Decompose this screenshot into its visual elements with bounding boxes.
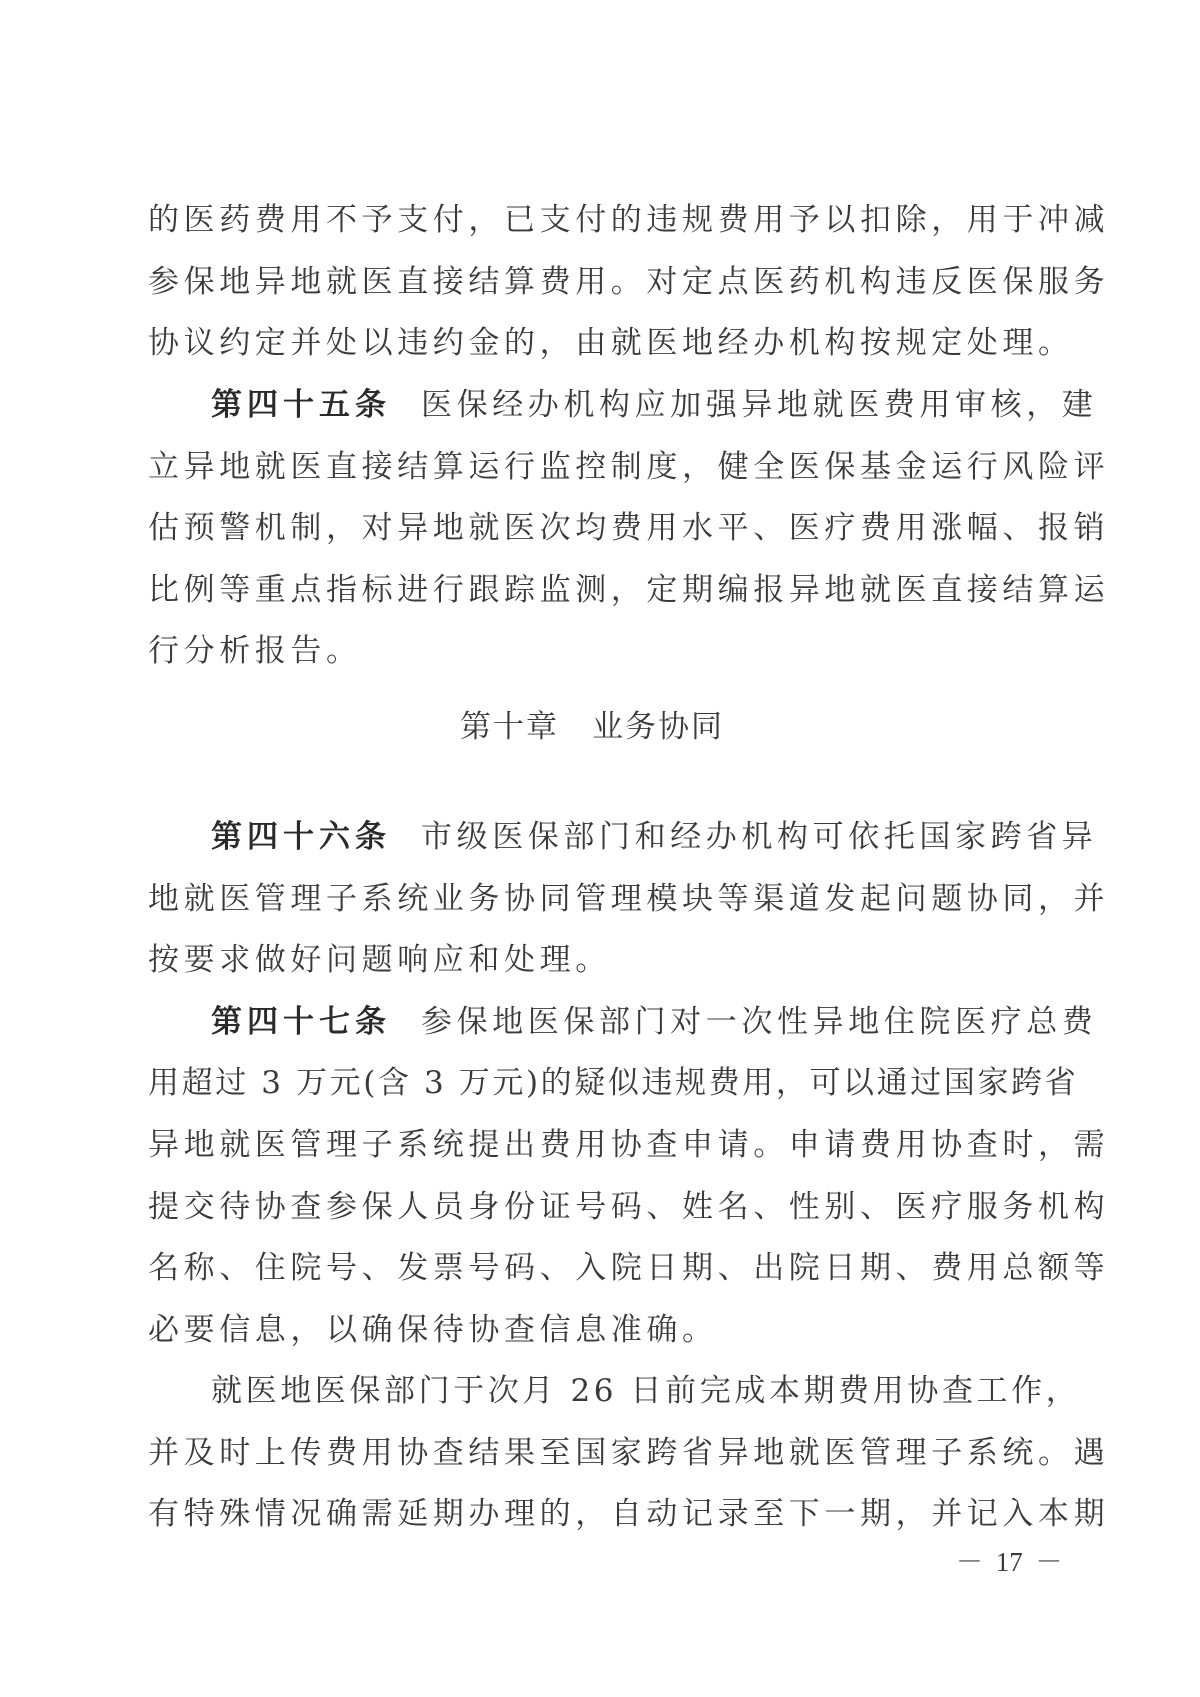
text-line: 比例等重点指标进行跟踪监测，定期编报异地就医直接结算运 <box>148 570 968 610</box>
text-line: 就医地医保部门于次月 26 日前完成本期费用协查工作， <box>211 1371 1031 1411</box>
article-47-first-line: 第四十七条参保地医保部门对一次性异地住院医疗总费 <box>211 1002 1031 1042</box>
text-line: 有特殊情况确需延期办理的，自动记录至下一期，并记入本期 <box>148 1494 968 1534</box>
text-segment: 参保地医保部门对一次性异地住院医疗总费 <box>421 1004 1097 1040</box>
article-heading: 第四十六条 <box>211 819 391 855</box>
text-line: 用超过 3 万元(含 3 万元)的疑似违规费用，可以通过国家跨省 <box>148 1063 968 1103</box>
article-heading: 第四十五条 <box>211 387 391 423</box>
chapter-title: 业务协同 <box>592 707 724 747</box>
text-line: 提交待协查参保人员身份证号码、姓名、性别、医疗服务机构 <box>148 1187 968 1227</box>
text-line: 行分析报告。 <box>148 631 968 671</box>
text-line: 参保地异地就医直接结算费用。对定点医药机构违反医保服务 <box>148 262 968 302</box>
text-segment: 市级医保部门和经办机构可依托国家跨省异 <box>421 819 1097 855</box>
text-line: 按要求做好问题响应和处理。 <box>148 940 968 980</box>
document-page: 的医药费用不予支付，已支付的违规费用予以扣除，用于冲减 参保地异地就医直接结算费… <box>0 0 1200 1697</box>
text-line: 协议约定并处以违约金的，由就医地经办机构按规定处理。 <box>148 323 968 363</box>
text-line: 地就医管理子系统业务协同管理模块等渠道发起问题协同，并 <box>148 879 968 919</box>
text-line: 并及时上传费用协查结果至国家跨省异地就医管理子系统。遇 <box>148 1433 968 1473</box>
page-number: － 17 － <box>956 1540 1063 1579</box>
text-line: 立异地就医直接结算运行监控制度，健全医保基金运行风险评 <box>148 447 968 487</box>
text-line: 的医药费用不予支付，已支付的违规费用予以扣除，用于冲减 <box>148 200 968 240</box>
article-heading: 第四十七条 <box>211 1004 391 1040</box>
text-line: 名称、住院号、发票号码、入院日期、出院日期、费用总额等 <box>148 1248 968 1288</box>
text-segment: 医保经办机构应加强异地就医费用审核，建 <box>421 387 1097 423</box>
text-line: 异地就医管理子系统提出费用协查申请。申请费用协查时，需 <box>148 1125 968 1165</box>
text-line: 必要信息，以确保待协查信息准确。 <box>148 1310 968 1350</box>
chapter-number: 第十章 <box>460 707 559 747</box>
text-line: 估预警机制，对异地就医次均费用水平、医疗费用涨幅、报销 <box>148 508 968 548</box>
article-46-first-line: 第四十六条市级医保部门和经办机构可依托国家跨省异 <box>211 817 1031 857</box>
article-45-first-line: 第四十五条医保经办机构应加强异地就医费用审核，建 <box>211 385 1031 425</box>
